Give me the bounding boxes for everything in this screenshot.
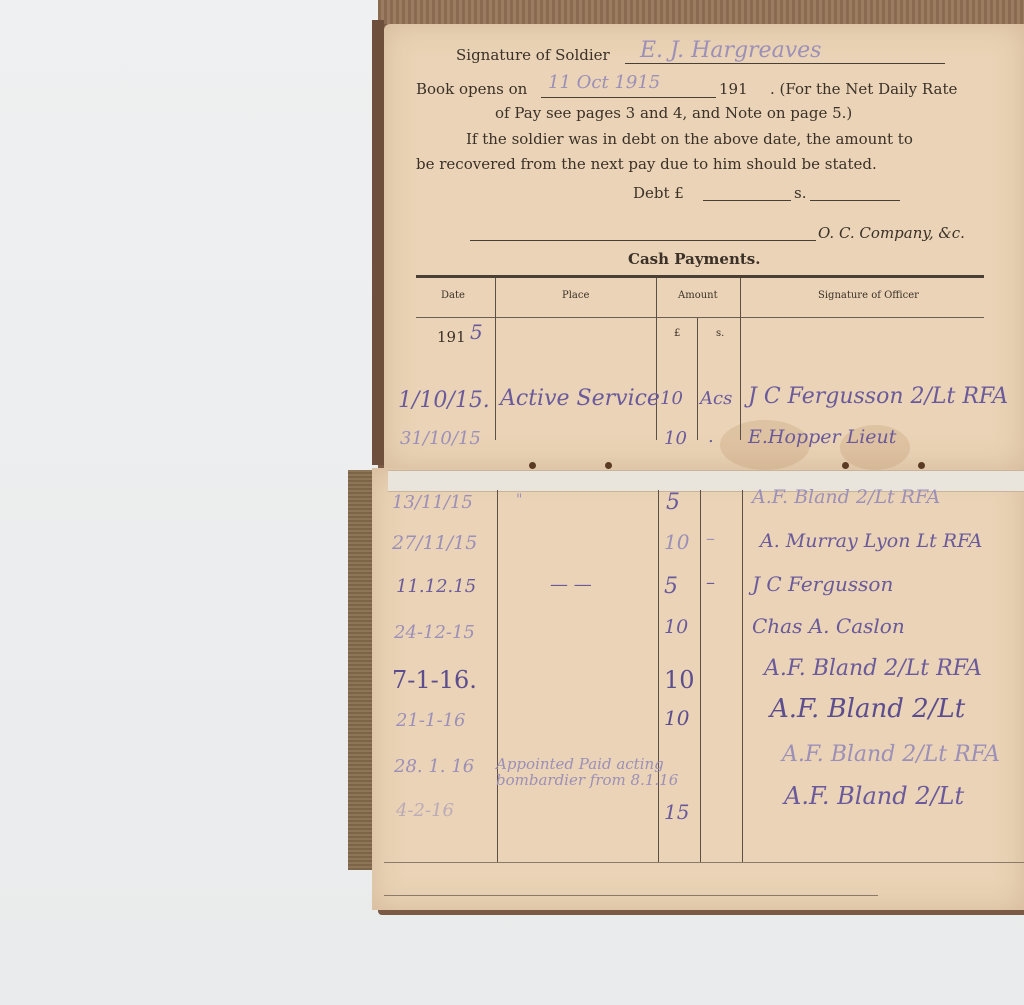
row-6-pounds: 10	[664, 666, 695, 694]
row-0-pounds: 10	[660, 388, 683, 409]
col-header-date: Date	[441, 290, 465, 301]
book-opens-label: Book opens on	[416, 80, 527, 98]
row-2-place: "	[516, 492, 522, 508]
debt-shillings-label: s.	[794, 184, 806, 202]
stitch-hole	[529, 462, 536, 469]
row-4-shillings: –	[706, 572, 715, 593]
title-rule	[416, 275, 984, 278]
soldier-signature: E. J. Hargreaves	[640, 38, 821, 63]
debt-shillings-line	[810, 200, 900, 201]
row-1-pounds: 10	[664, 428, 687, 449]
row-1-officer: E.Hopper Lieut	[748, 426, 896, 448]
row-7-officer: A.F. Bland 2/Lt	[770, 694, 965, 724]
row-7-date: 21-1-16	[396, 710, 465, 731]
col-line	[742, 490, 743, 862]
header-rule	[416, 317, 984, 318]
row-0-shillings: Acs	[700, 388, 732, 409]
row-3-pounds: 10	[664, 530, 689, 554]
row-9-pounds: 15	[664, 800, 689, 824]
col-line	[656, 278, 657, 440]
rate-note-2: of Pay see pages 3 and 4, and Note on pa…	[495, 104, 852, 122]
signature-label: Signature of Soldier	[456, 46, 610, 64]
row-8-place: Appointed Paid acting bombardier from 8.…	[496, 756, 746, 788]
debt-note-2: be recovered from the next pay due to hi…	[416, 155, 877, 173]
col-line	[697, 318, 698, 440]
footer-rule	[384, 862, 1024, 863]
row-1-shillings: .	[708, 426, 714, 447]
book-spine-left	[372, 20, 384, 465]
book-opens-date: 11 Oct 1915	[548, 72, 660, 93]
year-label: 191	[437, 328, 466, 346]
shillings-subheader: s.	[716, 328, 724, 339]
row-0-date: 1/10/15.	[398, 388, 490, 413]
debt-note-1: If the soldier was in debt on the above …	[466, 130, 913, 148]
row-6-date: 7-1-16.	[392, 666, 477, 694]
signature-line	[625, 63, 945, 64]
row-2-date: 13/11/15	[392, 492, 473, 513]
rate-note-1: . (For the Net Daily Rate	[770, 80, 957, 98]
footer-rule-2	[384, 895, 878, 896]
col-header-amount: Amount	[678, 290, 718, 301]
stitch-hole	[918, 462, 925, 469]
row-3-officer: A. Murray Lyon Lt RFA	[760, 530, 982, 552]
debt-label: Debt £	[633, 184, 684, 202]
stitch-hole	[842, 462, 849, 469]
row-9-date: 4-2-16	[396, 800, 454, 821]
row-3-shillings: –	[706, 528, 715, 549]
col-line	[658, 490, 659, 862]
col-header-place: Place	[562, 290, 589, 301]
book-spine-top	[378, 0, 1024, 24]
book-opens-line	[541, 97, 716, 98]
debt-pounds-line	[703, 200, 791, 201]
row-5-pounds: 10	[664, 616, 688, 638]
row-4-pounds: 5	[664, 574, 678, 599]
row-4-officer: J C Fergusson	[752, 572, 893, 596]
row-4-date: 11.12.15	[396, 576, 476, 597]
col-line	[495, 278, 496, 440]
year-hand: 5	[470, 320, 483, 344]
row-0-place: Active Service	[500, 386, 660, 411]
row-5-officer: Chas A. Caslon	[752, 614, 905, 638]
row-9-officer: A.F. Bland 2/Lt	[784, 782, 964, 810]
row-2-pounds: 5	[666, 490, 680, 515]
pounds-subheader: £	[674, 328, 680, 339]
row-1-date: 31/10/15	[400, 428, 481, 449]
section-title: Cash Payments.	[628, 250, 760, 268]
oc-label: O. C. Company, &c.	[818, 224, 965, 242]
row-0-officer: J C Fergusson 2/Lt RFA	[748, 384, 1008, 409]
row-2-officer: A.F. Bland 2/Lt RFA	[752, 486, 940, 508]
stitch-hole	[605, 462, 612, 469]
col-line	[497, 490, 498, 862]
row-8-date: 28. 1. 16	[394, 756, 474, 777]
row-4-place: — —	[550, 574, 592, 595]
row-8-officer: A.F. Bland 2/Lt RFA	[782, 742, 1000, 767]
col-header-officer: Signature of Officer	[818, 290, 919, 301]
col-line	[740, 278, 741, 440]
row-3-date: 27/11/15	[392, 532, 477, 554]
col-line	[700, 490, 701, 862]
row-7-pounds: 10	[664, 706, 689, 730]
row-5-date: 24-12-15	[394, 622, 475, 643]
row-6-officer: A.F. Bland 2/Lt RFA	[764, 656, 982, 681]
oc-signature-line	[470, 240, 816, 241]
year-prefix: 191	[719, 80, 748, 98]
